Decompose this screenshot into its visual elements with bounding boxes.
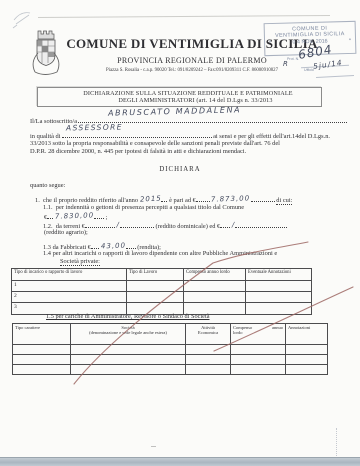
empty-cell xyxy=(246,292,312,303)
table2-row xyxy=(13,355,328,365)
form-title-line2: DEGLI AMMINISTRATORI (art. 14 del D.Lgs … xyxy=(38,97,353,104)
dot-leader xyxy=(251,195,275,202)
scan-speck xyxy=(151,446,156,447)
income-item-1-1: 1.1. per indennità o gettoni di presenza… xyxy=(43,204,244,211)
handwritten-total-amount: 7.873,00 xyxy=(211,194,250,203)
stamp-star-right: * xyxy=(349,38,351,44)
row-number-cell: 1 xyxy=(12,281,127,292)
quality-dotted-field: ASSESSORE xyxy=(62,131,213,138)
dot-leader xyxy=(196,195,210,202)
handwritten-year: 2015 xyxy=(139,194,161,203)
dot-leader xyxy=(85,221,115,228)
income-item-1-4-line1: 1.4 per altri incarichi o rapporti di la… xyxy=(43,250,277,257)
dot-leader xyxy=(120,221,154,228)
empty-cell xyxy=(186,365,231,375)
semicolon-mark: ; xyxy=(106,214,108,221)
table2-header-tipo: Tipo carattere xyxy=(13,324,71,345)
legal-text-line2: 33/2013 sotto la propria responsabilità … xyxy=(30,140,332,147)
income-item-1-1-amount-line: € 7.830,00 ; xyxy=(44,212,107,221)
scan-edge-marks xyxy=(336,428,337,456)
other-appointments-table: Tipo di incarico o rapporto di lavoro Ti… xyxy=(11,268,312,315)
dot-leader xyxy=(235,221,287,228)
empty-cell xyxy=(231,365,286,375)
form-title-box: DICHIARAZIONE SULLA SITUAZIONE REDDITUAL… xyxy=(37,87,322,107)
empty-cell xyxy=(13,345,71,355)
income-item-1: 1. che il proprio reddito riferito all'a… xyxy=(35,195,292,204)
dot-leader xyxy=(94,212,104,219)
empty-cell xyxy=(286,355,328,365)
empty-cell xyxy=(186,345,231,355)
empty-cell xyxy=(184,281,246,292)
quality-rest-text: ai sensi e per gli effetti dell'art.14de… xyxy=(213,133,330,140)
scanned-declaration-page: COMUNE DI VENTIMIGLIA DI SICILIA PROVINC… xyxy=(0,0,360,466)
quality-line: in qualità di ASSESSORE ai sensi e per g… xyxy=(30,131,330,140)
empty-cell xyxy=(71,345,186,355)
table2-row xyxy=(13,345,328,355)
table2-header-annotazioni: Annotazioni xyxy=(286,324,328,345)
income-item-1-5-heading: 1.5 per cariche di Amministratore, Revis… xyxy=(46,313,210,320)
dot-leader xyxy=(47,212,53,219)
empty-cell xyxy=(13,355,71,365)
empty-cell xyxy=(231,355,286,365)
company-offices-table: Tipo carattere Società (denominazione e … xyxy=(12,323,328,375)
empty-cell xyxy=(186,355,231,365)
following-label: quanto segue: xyxy=(30,182,65,189)
item1-post-text: di cui: xyxy=(276,197,292,205)
empty-cell xyxy=(71,355,186,365)
table1-row: 2 xyxy=(12,292,312,303)
item1-mid-text: è pari ad € xyxy=(169,197,196,204)
handwritten-comune-amount: 7.830,00 xyxy=(55,211,94,220)
empty-cell xyxy=(246,303,312,314)
legal-text-line3: D.P.R. 28 dicembre 2000, n. 445 per ipot… xyxy=(30,148,246,155)
table2-header-compenso-word2: annuo xyxy=(272,325,283,330)
empty-cell xyxy=(13,365,71,375)
handwritten-quality-value: ASSESSORE xyxy=(65,123,122,133)
form-title-line1: DICHIARAZIONE SULLA SITUAZIONE REDDITUAL… xyxy=(38,90,338,97)
empty-cell xyxy=(184,292,246,303)
handwritten-register-letter: R xyxy=(283,60,289,68)
dot-leader xyxy=(161,195,167,202)
empty-cell xyxy=(71,365,186,375)
ufficio-label: Ufficio xyxy=(304,68,314,72)
table1-header-incarico: Tipo di incarico o rapporto di lavoro xyxy=(12,269,127,281)
empty-cell xyxy=(127,292,184,303)
dot-leader xyxy=(126,242,136,249)
table1-header-lavoro: Tipo di Lavoro xyxy=(127,269,184,281)
item1-number: 1. xyxy=(35,197,40,204)
table2-header-societa: Società (denominazione e sede legale anc… xyxy=(71,324,186,345)
table2-header-attivita: Attività Economica xyxy=(186,324,231,345)
table1-header-compenso: Compenso annuo lordo xyxy=(184,269,246,281)
item1-pre-text: che il proprio reddito riferito all'anno xyxy=(43,197,138,204)
handwritten-slash-agrario: ∕ xyxy=(232,221,235,229)
scan-artifact-line xyxy=(38,15,330,18)
declares-heading: DICHIARA xyxy=(30,166,330,173)
dot-leader xyxy=(91,242,99,249)
table2-header-row: Tipo carattere Società (denominazione e … xyxy=(13,324,328,345)
income-item-1-2-cont: (reddito agrario); xyxy=(44,229,88,236)
table2-row xyxy=(13,365,328,375)
table2-header-compenso-line2: lordo xyxy=(233,330,283,335)
table2-header-attivita-line2: Economica xyxy=(188,330,228,335)
handwritten-subscriber-name: ABRUSCATO MADDALENA xyxy=(108,105,241,117)
stamp-star-left: * xyxy=(269,40,271,46)
table2-header-societa-line2: (denominazione e sede legale anche ester… xyxy=(73,330,183,335)
empty-cell xyxy=(286,345,328,355)
table1-row: 1 xyxy=(12,281,312,292)
address-line: Piazza S. Rosalia - c.a.p. 90020 Tel.: 0… xyxy=(58,68,326,73)
pencil-scribble-mark xyxy=(10,4,44,30)
table2-header-compenso: Compenso annuo lordo xyxy=(231,324,286,345)
handwritten-slash-terreni: ∕ xyxy=(117,221,120,229)
income-item-1-4-line2: Società private: xyxy=(60,258,100,266)
scanner-edge-strip xyxy=(0,457,360,466)
row-number-cell: 2 xyxy=(12,292,127,303)
item11-number: 1.1. xyxy=(43,204,53,211)
empty-cell xyxy=(231,345,286,355)
dot-leader xyxy=(220,221,230,228)
table1-header-annotazioni: Eventuale Annotazioni xyxy=(246,269,312,281)
item11-text: per indennità o gettoni di presenza perc… xyxy=(56,204,244,211)
empty-cell xyxy=(286,365,328,375)
item12-mid-text: (reddito dominicale) ed € xyxy=(155,223,220,230)
ufficio-rule-line xyxy=(316,75,354,78)
quality-label: in qualità di xyxy=(30,133,61,140)
empty-cell xyxy=(127,281,184,292)
table1-header-row: Tipo di incarico o rapporto di lavoro Ti… xyxy=(12,269,312,281)
empty-cell xyxy=(246,281,312,292)
